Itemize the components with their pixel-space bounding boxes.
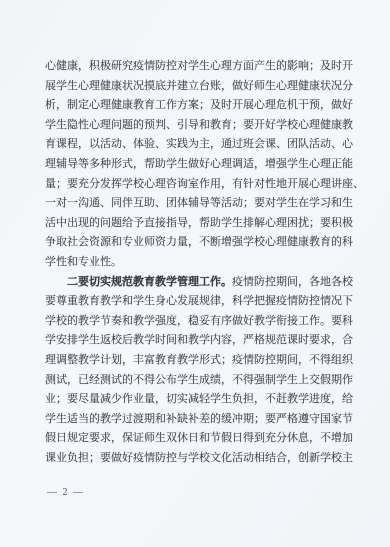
document-text-block: 心健康，积极研究疫情防控对学生心理方面产生的影响；及时开 展学生心理健康状况摸底… [45,57,350,468]
document-line: 课业负担；要做好疫情防控与学校文化活动相结合，创新学校主 [45,449,350,469]
document-line: 学安排学生返校后教学时间和教学内容，严格规范课时要求，合 [45,331,350,351]
document-line: 业；要尽量减少作业量，切实减轻学生负担，不赶教学进度，给 [45,390,350,410]
document-line: 析，制定心理健康教育工作方案；及时开展心理危机干预，做好 [45,96,350,116]
page-number: — 2 — [47,487,85,498]
document-line: 学生适当的教学过渡期和补缺补差的缓冲期；要严格遵守国家节 [45,410,350,430]
document-line: 理辅导等多种形式，帮助学生做好心理调适，增强学生心理正能 [45,155,350,175]
document-line: 争取社会资源和专业师资力量，不断增强学校心理健康教育的科 [45,233,350,253]
document-line-paragraph2-start: 二要切实规范教育教学管理工作。疫情防控期间，各地各校 [45,273,350,293]
document-line: 假日规定要求，保证师生双休日和节假日得到充分休息，不增加 [45,429,350,449]
document-line: 活中出现的问题给予直接指导，帮助学生排解心理困扰；要积极 [45,214,350,234]
document-line: 心健康，积极研究疫情防控对学生心理方面产生的影响；及时开 [45,57,350,77]
document-line: 育课程，以活动、体验、实践为主，通过班会课、团队活动、心 [45,135,350,155]
document-line: 学性和专业性。 [45,253,350,273]
document-line: 要尊重教育教学和学生身心发展规律，科学把握疫情防控情况下 [45,292,350,312]
document-line: 量；要充分发挥学校心理咨询室作用，有针对性地开展心理讲座、 [45,175,350,195]
document-line: 理调整教学计划，丰富教育教学形式；疫情防控期间，不得组织 [45,351,350,371]
document-line: 学生隐性心理问题的预判、引导和教育；要开好学校心理健康教 [45,116,350,136]
document-line: 测试，已经测试的不得公布学生成绩，不得强制学生上交假期作 [45,371,350,391]
document-page: 心健康，积极研究疫情防控对学生心理方面产生的影响；及时开 展学生心理健康状况摸底… [0,0,390,547]
document-line: 学校的教学节奏和教学强度，稳妥有序做好教学衔接工作。要科 [45,312,350,332]
section-lead-text: 疫情防控期间，各地各校 [232,276,353,288]
document-line: 一对一沟通、同伴互助、团体辅导等活动；要对学生在学习和生 [45,194,350,214]
section-heading: 二要切实规范教育教学管理工作。 [67,276,232,288]
document-line: 展学生心理健康状况摸底并建立台账，做好师生心理健康状况分 [45,77,350,97]
